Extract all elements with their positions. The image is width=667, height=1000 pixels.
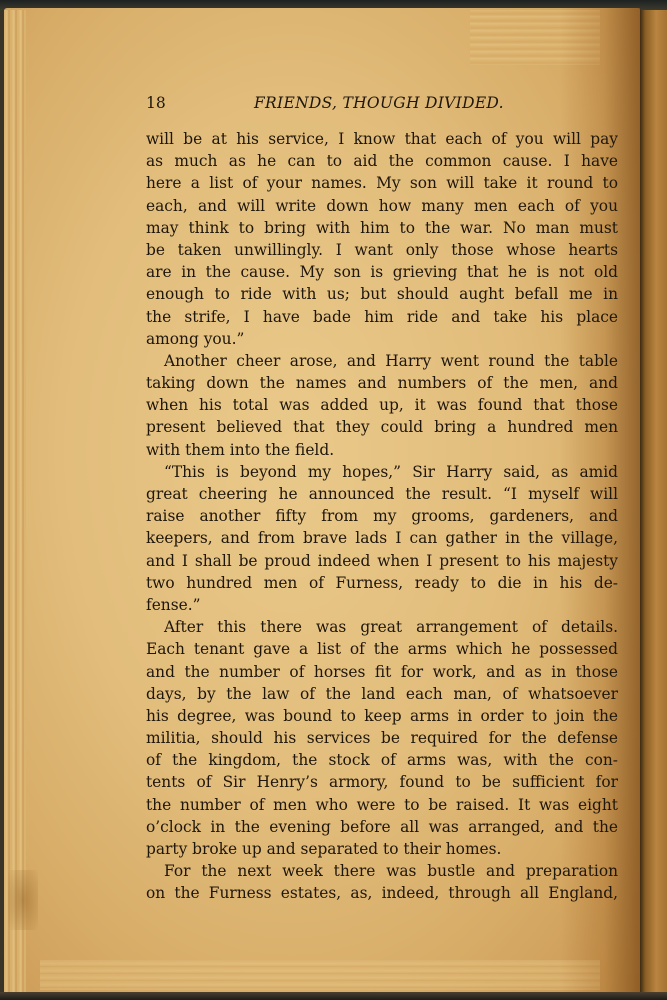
text-line: taking down the names and numbers of the… (146, 372, 618, 394)
text-line: and I shall be proud indeed when I prese… (146, 550, 618, 572)
text-line: as much as he can to aid the common caus… (146, 150, 618, 172)
left-page-leaves (4, 10, 26, 994)
text-line: enough to ride with us; but should aught… (146, 283, 618, 305)
text-line: will be at his service, I know that each… (146, 128, 618, 150)
text-line: the strife, I have bade him ride and tak… (146, 306, 618, 328)
text-line: “This is beyond my hopes,” Sir Harry sai… (146, 461, 618, 483)
page-content: 18 FRIENDS, THOUGH DIVIDED. will be at h… (146, 94, 620, 905)
text-line: the number of men who were to be raised.… (146, 794, 618, 816)
bottom-page-leaves (40, 960, 600, 990)
text-line: militia, should his services be required… (146, 727, 618, 749)
adjacent-page-edge (640, 10, 667, 992)
text-line: when his total was added up, it was foun… (146, 394, 618, 416)
text-line: days, by the law of the land each man, o… (146, 683, 618, 705)
text-line: raise another fifty from my grooms, gard… (146, 505, 618, 527)
text-line: among you.” (146, 328, 618, 350)
page-number: 18 (146, 94, 166, 112)
text-line: Another cheer arose, and Harry went roun… (146, 350, 618, 372)
text-line: o’clock in the evening before all was ar… (146, 816, 618, 838)
text-line: After this there was great arrangement o… (146, 616, 618, 638)
text-line: are in the cause. My son is grieving tha… (146, 261, 618, 283)
text-line: and the number of horses fit for work, a… (146, 661, 618, 683)
text-line: be taken unwillingly. I want only those … (146, 239, 618, 261)
text-line: may think to bring with him to the war. … (146, 217, 618, 239)
text-line: his degree, was bound to keep arms in or… (146, 705, 618, 727)
text-line: two hundred men of Furness, ready to die… (146, 572, 618, 594)
text-line: Each tenant gave a list of the arms whic… (146, 638, 618, 660)
running-head: 18 FRIENDS, THOUGH DIVIDED. (146, 94, 620, 116)
text-line: here a list of your names. My son will t… (146, 172, 618, 194)
body-text: will be at his service, I know that each… (146, 128, 620, 905)
text-line: party broke up and separated to their ho… (146, 838, 618, 860)
text-line: present believed that they could bring a… (146, 416, 618, 438)
text-line: with them into the field. (146, 439, 618, 461)
text-line: For the next week there was bustle and p… (146, 860, 618, 882)
text-line: keepers, and from brave lads I can gathe… (146, 527, 618, 549)
text-line: tents of Sir Henry’s armory, found to be… (146, 771, 618, 793)
scanned-book-page: 18 FRIENDS, THOUGH DIVIDED. will be at h… (0, 0, 667, 1000)
age-stain (8, 870, 38, 930)
text-line: on the Furness estates, as, indeed, thro… (146, 882, 618, 904)
book-bottom-edge (0, 992, 667, 1000)
text-line: of the kingdom, the stock of arms was, w… (146, 749, 618, 771)
text-line: great cheering he announced the result. … (146, 483, 618, 505)
running-title: FRIENDS, THOUGH DIVIDED. (254, 94, 504, 112)
text-line: fense.” (146, 594, 618, 616)
text-line: each, and will write down how many men e… (146, 195, 618, 217)
